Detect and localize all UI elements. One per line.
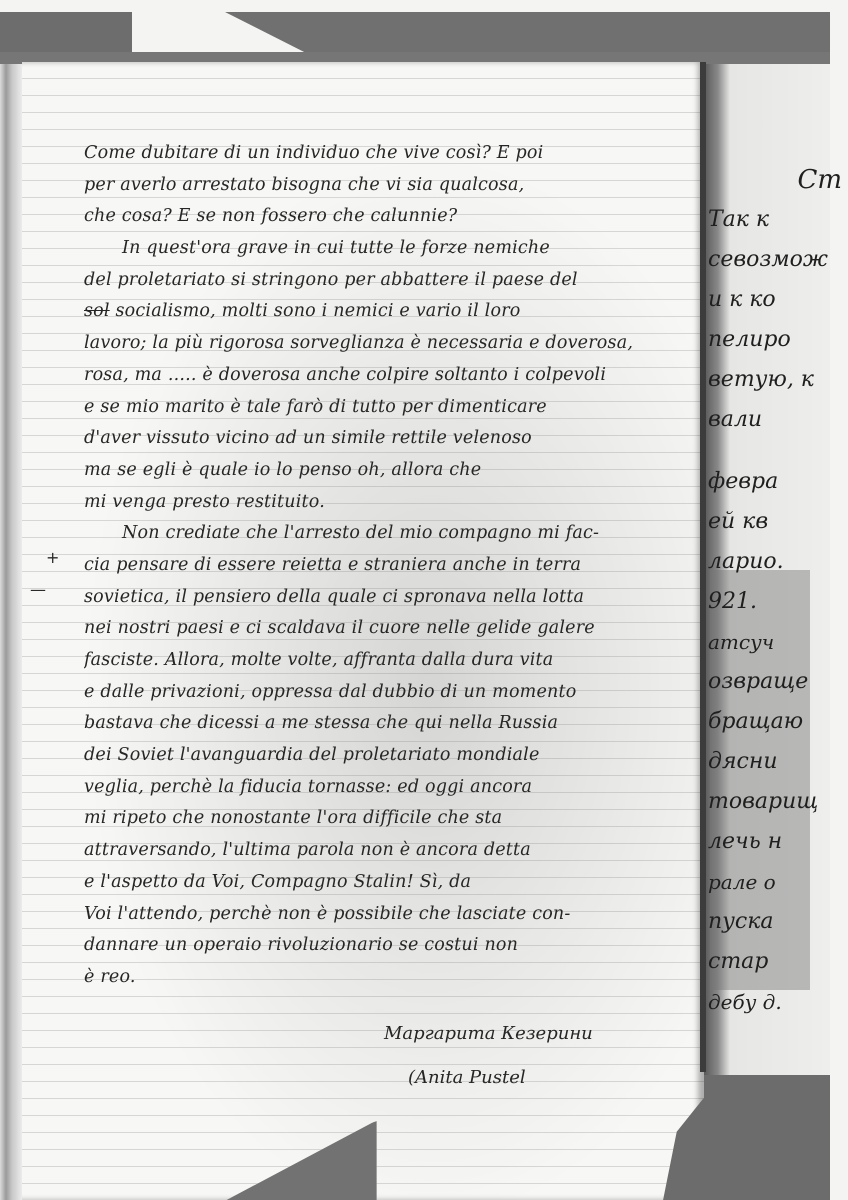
letter-line: nei nostri paesi e ci scaldava il cuore … bbox=[84, 613, 704, 645]
russian-fragment-line: озвраще bbox=[708, 662, 848, 702]
letter-line: che cosa? E se non fossero che calunnie? bbox=[84, 201, 704, 233]
russian-fragment-line: пуска bbox=[708, 902, 848, 942]
russian-fragment-line: лечь н bbox=[708, 822, 848, 862]
russian-fragment-line: вали bbox=[708, 400, 848, 440]
letter-line: e l'aspetto da Voi, Compagno Stalin! Sì,… bbox=[84, 867, 704, 899]
russian-fragment-line: 921. bbox=[708, 582, 848, 622]
signature-latin: (Anita Pustel bbox=[384, 1056, 593, 1100]
letter-line: e dalle privazioni, oppressa dal dubbio … bbox=[84, 677, 704, 709]
letter-line: del proletariato si stringono per abbatt… bbox=[84, 265, 704, 297]
letter-line: Voi l'attendo, perchè non è possibile ch… bbox=[84, 899, 704, 931]
russian-fragment-line: ветую, к bbox=[708, 360, 848, 400]
letter-line: veglia, perchè la fiducia tornasse: ed o… bbox=[84, 772, 704, 804]
letter-line: sovietica, il pensiero della quale ci sp… bbox=[84, 582, 704, 614]
letter-line: mi venga presto restituito. bbox=[84, 487, 704, 519]
russian-fragment-line: ей кв bbox=[708, 502, 848, 542]
margin-plus-mark: + bbox=[46, 548, 59, 567]
russian-fragment-line: дясни bbox=[708, 742, 848, 782]
russian-fragment-line: рале о bbox=[708, 862, 848, 902]
letter-line: Come dubitare di un individuo che vive c… bbox=[84, 138, 704, 170]
letter-line: dei Soviet l'avanguardia del proletariat… bbox=[84, 740, 704, 772]
struck-word: sol bbox=[84, 301, 110, 321]
adjacent-page-russian-text: Ст Так к севозмож и к ко пелиро ветую, к… bbox=[708, 160, 848, 1022]
letter-line: bastava che dicessi a me stessa che qui … bbox=[84, 708, 704, 740]
letter-line-paragraph-start: Non crediate che l'arresto del mio compa… bbox=[84, 518, 704, 550]
letter-line: dannare un operaio rivoluzionario se cos… bbox=[84, 930, 704, 962]
letter-line: mi ripeto che nonostante l'ora difficile… bbox=[84, 803, 704, 835]
signature-block: Маргарита Кезерини (Anita Pustel bbox=[384, 1012, 593, 1100]
russian-fragment-line: Ст bbox=[708, 160, 848, 200]
russian-fragment-line: февра bbox=[708, 462, 848, 502]
letter-line: ma se egli è quale io lo penso oh, allor… bbox=[84, 455, 704, 487]
russian-fragment-line: товарищ bbox=[708, 782, 848, 822]
letter-line: fasciste. Allora, molte volte, affranta … bbox=[84, 645, 704, 677]
letter-line: e se mio marito è tale farò di tutto per… bbox=[84, 392, 704, 424]
scan-left-edge bbox=[0, 64, 22, 1200]
letter-body: Come dubitare di un individuo che vive c… bbox=[84, 138, 704, 994]
russian-fragment-line: Так к bbox=[708, 200, 848, 240]
letter-line-paragraph-start: In quest'ora grave in cui tutte le forze… bbox=[84, 233, 704, 265]
letter-line-text: socialismo, molti sono i nemici e vario … bbox=[115, 301, 520, 321]
russian-fragment-line: и к ко bbox=[708, 280, 848, 320]
letter-line: d'aver vissuto vicino ad un simile retti… bbox=[84, 423, 704, 455]
russian-fragment-line: севозмож bbox=[708, 240, 848, 280]
letter-line-with-strikethrough: sol socialismo, molti sono i nemici e va… bbox=[84, 296, 704, 328]
letter-line: attraversando, l'ultima parola non è anc… bbox=[84, 835, 704, 867]
letter-line: rosa, ma ..... è doverosa anche colpire … bbox=[84, 360, 704, 392]
russian-fragment-line: дебу д. bbox=[708, 982, 848, 1022]
russian-fragment-line: атсуч bbox=[708, 622, 848, 662]
russian-fragment-line: стар bbox=[708, 942, 848, 982]
signature-cyrillic: Маргарита Кезерини bbox=[384, 1012, 593, 1056]
letter-line: è reo. bbox=[84, 962, 704, 994]
letter-line: lavoro; la più rigorosa sorveglianza è n… bbox=[84, 328, 704, 360]
margin-dash-mark: — bbox=[30, 580, 46, 599]
letter-line: per averlo arrestato bisogna che vi sia … bbox=[84, 170, 704, 202]
letter-line: cia pensare di essere reietta e stranier… bbox=[84, 550, 704, 582]
russian-fragment-line: ларио. bbox=[708, 542, 848, 582]
russian-fragment-line: пелиро bbox=[708, 320, 848, 360]
russian-fragment-line: бращаю bbox=[708, 702, 848, 742]
